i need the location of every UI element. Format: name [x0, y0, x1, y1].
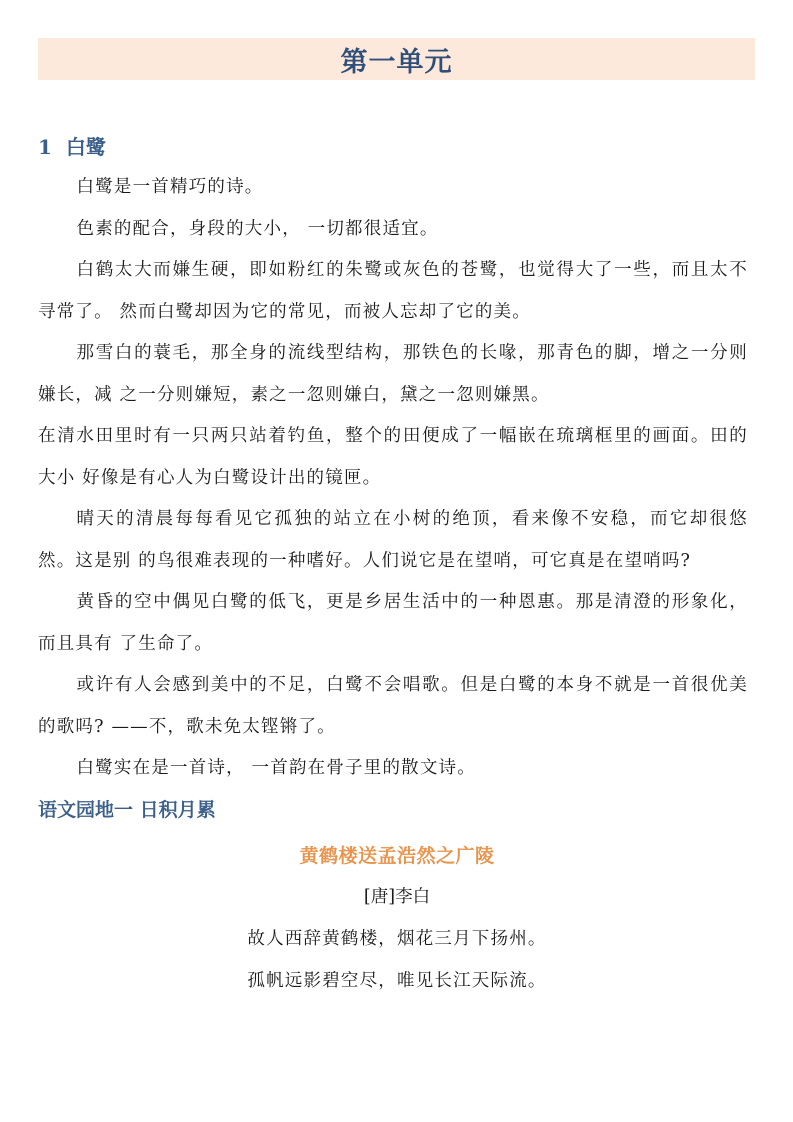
paragraph: 或许有人会感到美中的不足，白鹭不会唱歌。但是白鹭的本身不就是一首很优美的歌吗? … [38, 665, 748, 748]
poem-line: 故人西辞黄鹤楼，烟花三月下扬州。 [38, 918, 756, 960]
lesson-number: 1 [38, 135, 52, 159]
paragraph: 在清水田里时有一只两只站着钓鱼，整个的田便成了一幅嵌在琉璃框里的画面。田的大小 … [38, 416, 748, 499]
paragraph: 白鹤太大而嫌生硬，即如粉红的朱鹭或灰色的苍鹭，也觉得大了一些，而且太不寻常了。 … [38, 250, 748, 333]
paragraph: 白鹭实在是一首诗， 一首韵在骨子里的散文诗。 [38, 748, 748, 790]
unit-header-banner: 第一单元 [38, 38, 755, 80]
poem-line: 孤帆远影碧空尽，唯见长江天际流。 [38, 960, 756, 1002]
lesson-heading: 1白鹭 [38, 132, 756, 162]
lesson-article: 白鹭是一首精巧的诗。 色素的配合，身段的大小， 一切都很适宜。 白鹤太大而嫌生硬… [38, 167, 748, 790]
paragraph: 黄昏的空中偶见白鹭的低飞，更是乡居生活中的一种恩惠。那是清澄的形象化，而且具有 … [38, 582, 748, 665]
section-heading: 语文园地一 日积月累 [38, 790, 756, 830]
document-page: 第一单元 1白鹭 白鹭是一首精巧的诗。 色素的配合，身段的大小， 一切都很适宜。… [38, 38, 756, 1002]
paragraph: 那雪白的蓑毛，那全身的流线型结构，那铁色的长喙，那青色的脚，增之一分则嫌长，减 … [38, 333, 748, 416]
lesson-title: 白鹭 [66, 135, 106, 159]
paragraph: 晴天的清晨每每看见它孤独的站立在小树的绝顶，看来像不安稳，而它却很悠然。这是别 … [38, 499, 748, 582]
poem-author: [唐]李白 [38, 876, 756, 918]
unit-title: 第一单元 [341, 40, 453, 79]
poem-block: 黄鹤楼送孟浩然之广陵 [唐]李白 故人西辞黄鹤楼，烟花三月下扬州。 孤帆远影碧空… [38, 836, 756, 1002]
poem-title: 黄鹤楼送孟浩然之广陵 [38, 836, 756, 876]
paragraph: 白鹭是一首精巧的诗。 [38, 167, 748, 209]
paragraph: 色素的配合，身段的大小， 一切都很适宜。 [38, 209, 748, 251]
